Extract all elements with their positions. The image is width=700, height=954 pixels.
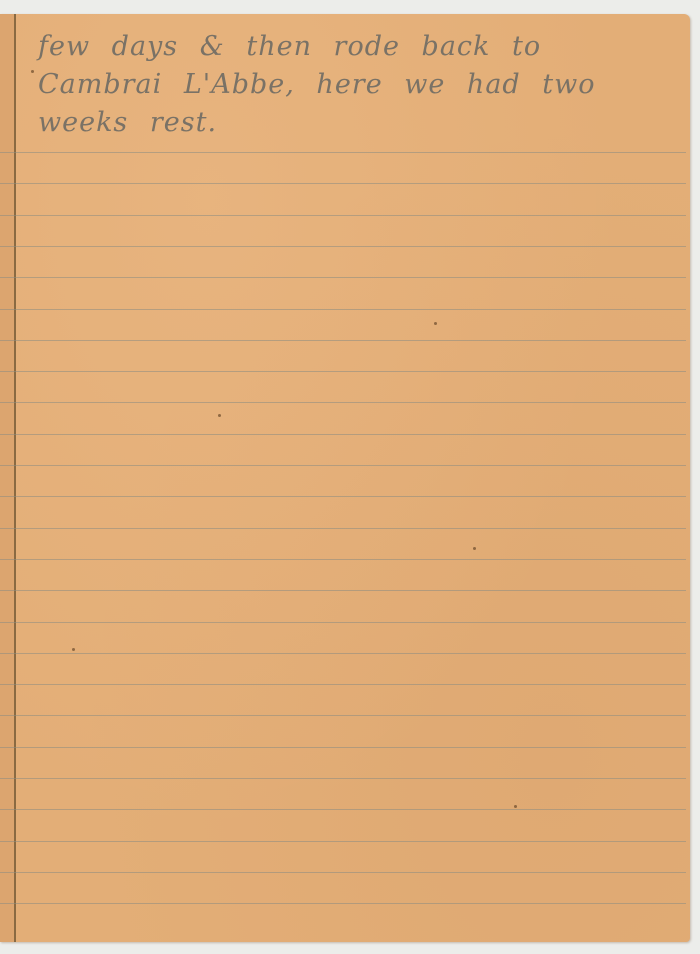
ruled-line bbox=[0, 465, 686, 466]
paper-speck bbox=[218, 414, 221, 417]
ruled-line bbox=[0, 183, 686, 184]
ruled-line bbox=[0, 371, 686, 372]
ruled-lines bbox=[0, 14, 690, 942]
ruled-line bbox=[0, 715, 686, 716]
ruled-line bbox=[0, 559, 686, 560]
ruled-line bbox=[0, 684, 686, 685]
ruled-line bbox=[0, 809, 686, 810]
handwriting-line: Cambrai L'Abbe, here we had two bbox=[38, 66, 678, 104]
ruled-line bbox=[0, 903, 686, 904]
ruled-line bbox=[0, 340, 686, 341]
handwriting-line: weeks rest. bbox=[38, 104, 678, 142]
paper-speck bbox=[434, 322, 437, 325]
ruled-line bbox=[0, 590, 686, 591]
paper-speck bbox=[31, 70, 34, 73]
paper-speck bbox=[473, 547, 476, 550]
ruled-line bbox=[0, 778, 686, 779]
ruled-line bbox=[0, 653, 686, 654]
ruled-line bbox=[0, 496, 686, 497]
ruled-line bbox=[0, 872, 686, 873]
ruled-line bbox=[0, 528, 686, 529]
ruled-line bbox=[0, 434, 686, 435]
ruled-line bbox=[0, 747, 686, 748]
handwriting-line: few days & then rode back to bbox=[38, 28, 678, 66]
ruled-line bbox=[0, 152, 686, 153]
notebook-page: few days & then rode back to Cambrai L'A… bbox=[0, 14, 690, 942]
paper-speck bbox=[72, 648, 75, 651]
ruled-line bbox=[0, 841, 686, 842]
ruled-line bbox=[0, 309, 686, 310]
ruled-line bbox=[0, 246, 686, 247]
ruled-line bbox=[0, 622, 686, 623]
paper-speck bbox=[514, 805, 517, 808]
handwritten-text: few days & then rode back to Cambrai L'A… bbox=[38, 28, 678, 142]
ruled-line bbox=[0, 277, 686, 278]
ruled-line bbox=[0, 402, 686, 403]
ruled-line bbox=[0, 215, 686, 216]
